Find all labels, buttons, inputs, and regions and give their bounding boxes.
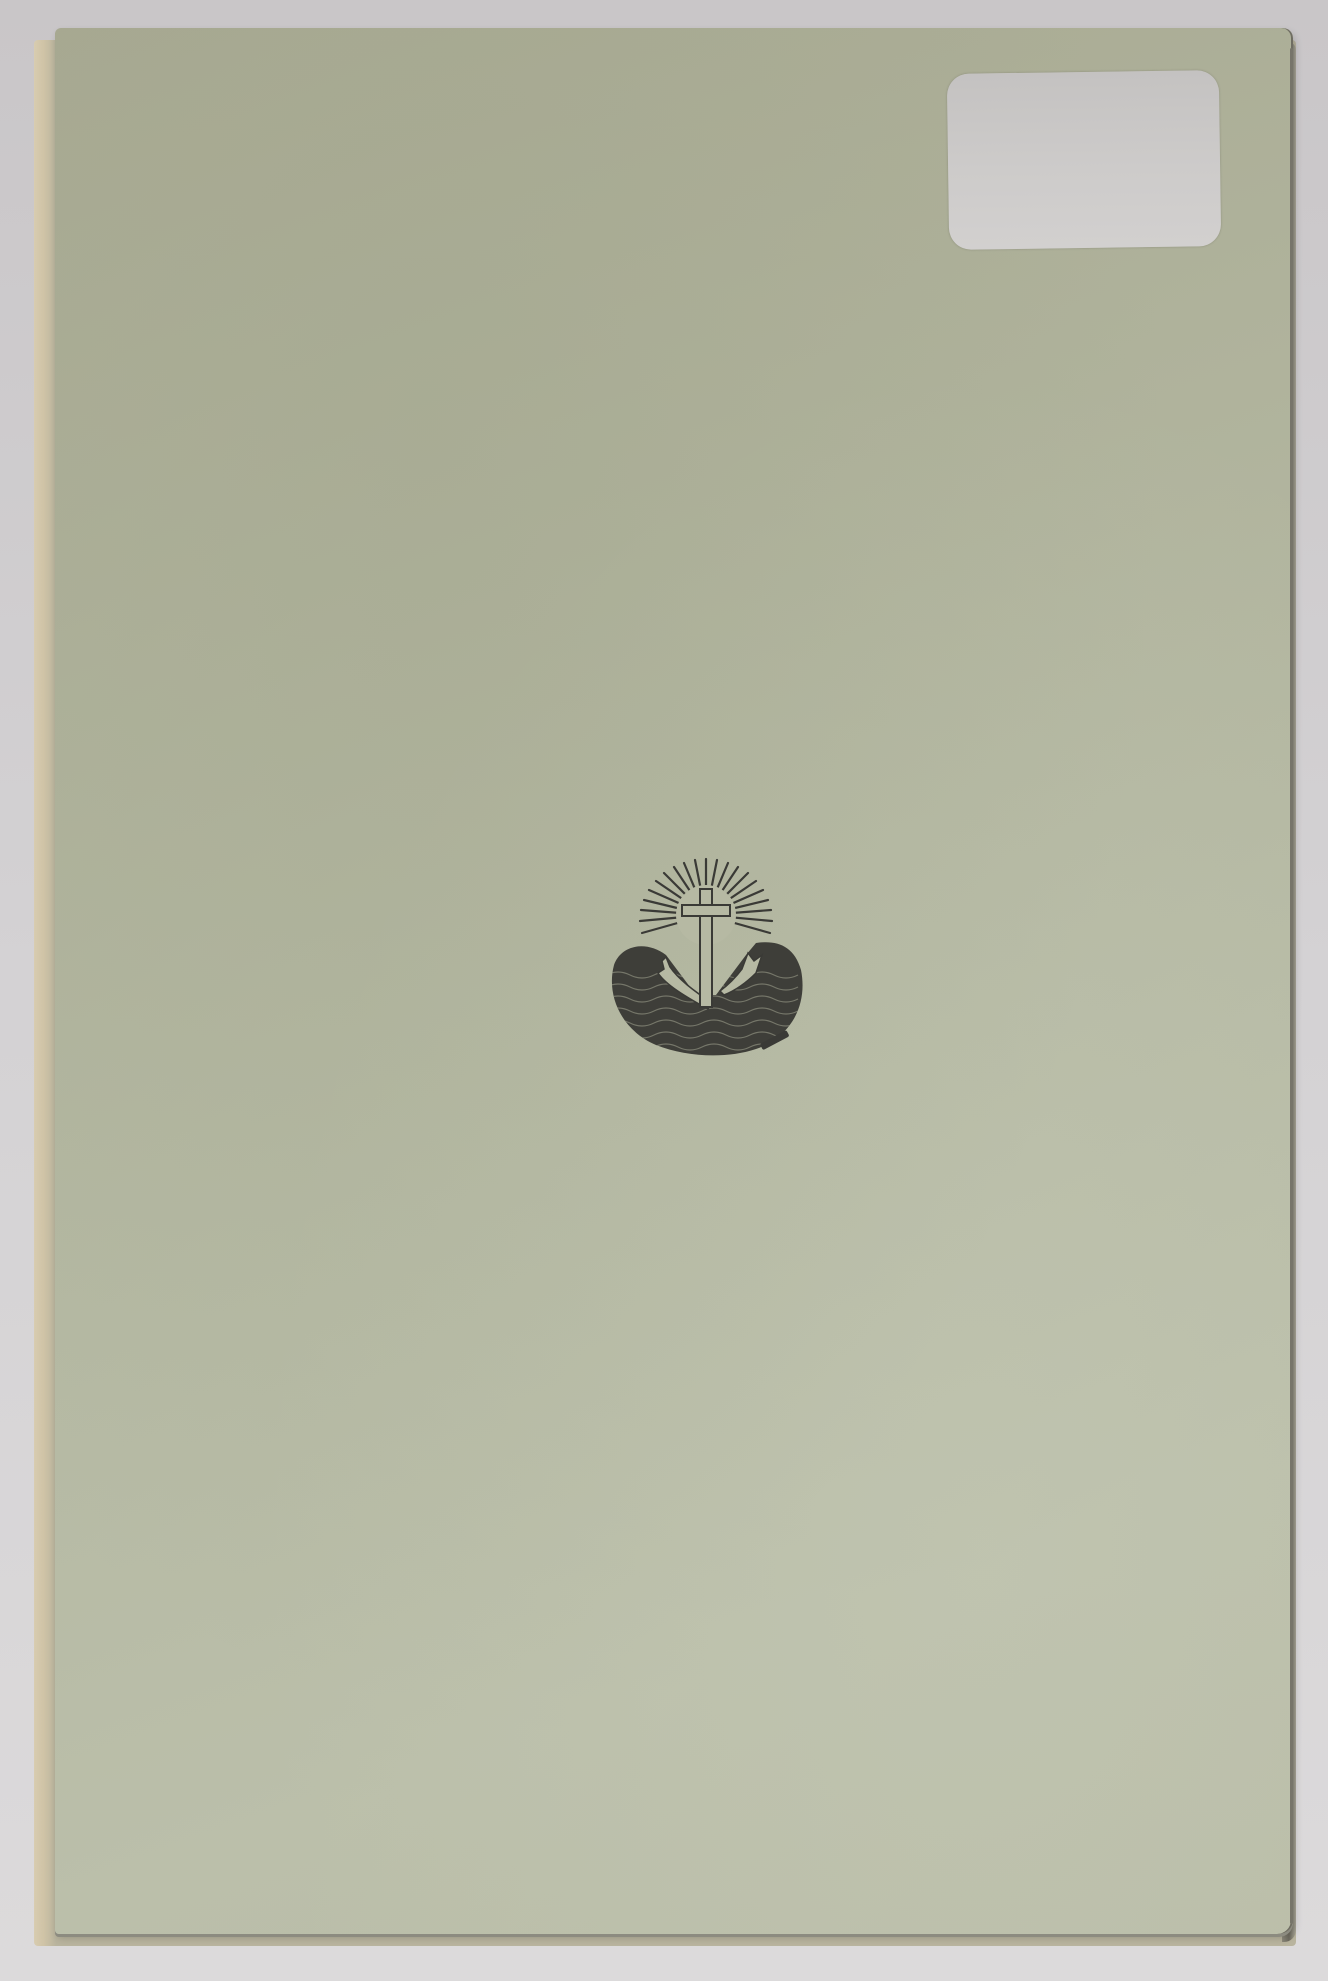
cross-rays-waves-icon bbox=[596, 845, 816, 1065]
cross-emblem-vignette bbox=[596, 845, 816, 1065]
blank-label-sticker bbox=[947, 70, 1221, 250]
